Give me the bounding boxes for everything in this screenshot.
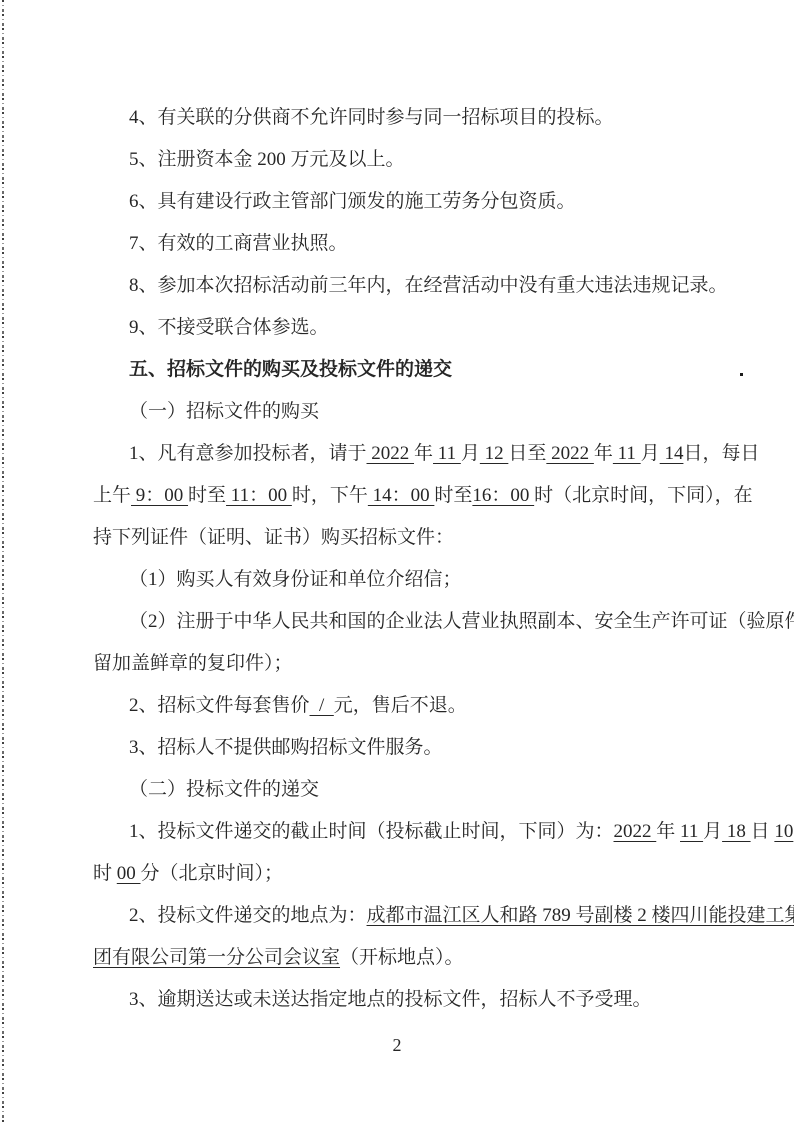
text-segment: 五、招标文件的购买及投标文件的递交 bbox=[129, 359, 452, 380]
purchase-para-2: 2、招标文件每套售价 / 元，售后不退。 bbox=[93, 685, 704, 727]
text-segment: 时，下午 bbox=[292, 485, 368, 506]
underlined-text: 16：00 bbox=[472, 485, 534, 506]
text-segment: 1、投标文件递交的截止时间（投标截止时间，下同）为： bbox=[129, 821, 614, 842]
submission-para-3: 3、逾期送达或未送达指定地点的投标文件，招标人不予受理。 bbox=[93, 979, 704, 1021]
purchase-para-1-line-2: 上午 9：00 时至 11：00 时，下午 14：00 时至16：00 时（北京… bbox=[93, 475, 704, 517]
text-segment: 时至 bbox=[188, 485, 226, 506]
purchase-doc-item-2-line-1: （2）注册于中华人民共和国的企业法人营业执照副本、安全生产许可证（验原件， bbox=[93, 601, 704, 643]
underlined-text: 14 bbox=[660, 443, 684, 464]
underlined-text: 10 bbox=[774, 821, 793, 842]
page-number: 2 bbox=[0, 1032, 794, 1058]
text-segment: （开标地点）。 bbox=[340, 947, 464, 968]
text-segment: 8、参加本次招标活动前三年内，在经营活动中没有重大违法违规记录。 bbox=[129, 275, 728, 296]
text-segment: 时（北京时间，下同），在 bbox=[534, 485, 753, 506]
purchase-para-1-line-3: 持下列证件（证明、证书）购买招标文件： bbox=[93, 517, 704, 559]
underlined-text: 14：00 bbox=[368, 485, 435, 506]
text-segment: 留加盖鲜章的复印件）； bbox=[93, 653, 293, 674]
underlined-text: 11：00 bbox=[226, 485, 292, 506]
subsection-1-heading: （一）招标文件的购买 bbox=[93, 391, 704, 433]
purchase-doc-item-1: （1）购买人有效身份证和单位介绍信； bbox=[93, 559, 704, 601]
text-segment: （1）购买人有效身份证和单位介绍信； bbox=[129, 569, 462, 590]
document-page: 4、有关联的分供商不允许同时参与同一招标项目的投标。5、注册资本金 200 万元… bbox=[0, 0, 794, 1123]
underlined-text: / bbox=[310, 695, 334, 716]
text-segment: 2、投标文件递交的地点为： bbox=[129, 905, 367, 926]
underlined-text: 2022 bbox=[614, 821, 657, 842]
underlined-text: 18 bbox=[722, 821, 751, 842]
submission-para-1-line-2: 时 00 分（北京时间）； bbox=[93, 853, 704, 895]
text-segment: 月 bbox=[641, 443, 660, 464]
text-segment: 3、招标人不提供邮购招标文件服务。 bbox=[129, 737, 443, 758]
text-segment: 年 bbox=[656, 821, 680, 842]
text-segment: 元，售后不退。 bbox=[334, 695, 467, 716]
submission-para-1-line-1: 1、投标文件递交的截止时间（投标截止时间，下同）为：2022 年 11 月 18… bbox=[93, 811, 704, 853]
underlined-text: 11 bbox=[613, 443, 641, 464]
purchase-para-1-line-1: 1、凡有意参加投标者，请于 2022 年 11 月 12 日至 2022 年 1… bbox=[93, 433, 704, 475]
text-segment: 9、不接受联合体参选。 bbox=[129, 317, 329, 338]
underlined-text: 11 bbox=[680, 821, 703, 842]
qualification-item-4: 4、有关联的分供商不允许同时参与同一招标项目的投标。 bbox=[93, 97, 704, 139]
underlined-text: 11 bbox=[433, 443, 461, 464]
text-segment: 7、有效的工商营业执照。 bbox=[129, 233, 348, 254]
underlined-text: 成都市温江区人和路 789 号副楼 2 楼四川能投建工集 bbox=[367, 905, 794, 926]
underlined-text: 9：00 bbox=[131, 485, 188, 506]
text-segment: 3、逾期送达或未送达指定地点的投标文件，招标人不予受理。 bbox=[129, 989, 652, 1010]
purchase-doc-item-2-line-2: 留加盖鲜章的复印件）； bbox=[93, 643, 704, 685]
text-segment: 持下列证件（证明、证书）购买招标文件： bbox=[93, 527, 454, 548]
text-segment: 时至 bbox=[434, 485, 472, 506]
qualification-item-6: 6、具有建设行政主管部门颁发的施工劳务分包资质。 bbox=[93, 181, 704, 223]
qualification-item-7: 7、有效的工商营业执照。 bbox=[93, 223, 704, 265]
document-body: 4、有关联的分供商不允许同时参与同一招标项目的投标。5、注册资本金 200 万元… bbox=[93, 97, 704, 1021]
submission-para-2-line-1: 2、投标文件递交的地点为：成都市温江区人和路 789 号副楼 2 楼四川能投建工… bbox=[93, 895, 704, 937]
section-5-heading: 五、招标文件的购买及投标文件的递交 bbox=[93, 349, 704, 391]
text-segment: 2、招标文件每套售价 bbox=[129, 695, 310, 716]
text-segment: 6、具有建设行政主管部门颁发的施工劳务分包资质。 bbox=[129, 191, 576, 212]
text-segment: 上午 bbox=[93, 485, 131, 506]
text-segment: 日至 bbox=[508, 443, 546, 464]
subsection-2-heading: （二）投标文件的递交 bbox=[93, 769, 704, 811]
text-segment: 年 bbox=[414, 443, 433, 464]
scan-artifact-left-edge bbox=[2, 0, 4, 1123]
ink-speck-artifact bbox=[740, 373, 743, 376]
submission-para-2-line-2: 团有限公司第一分公司会议室（开标地点）。 bbox=[93, 937, 704, 979]
underlined-text: 12 bbox=[480, 443, 509, 464]
underlined-text: 2022 bbox=[546, 443, 594, 464]
qualification-item-5: 5、注册资本金 200 万元及以上。 bbox=[93, 139, 704, 181]
text-segment: 5、注册资本金 200 万元及以上。 bbox=[129, 149, 405, 170]
purchase-para-3: 3、招标人不提供邮购招标文件服务。 bbox=[93, 727, 704, 769]
text-segment: （一）招标文件的购买 bbox=[129, 401, 319, 422]
text-segment: 4、有关联的分供商不允许同时参与同一招标项目的投标。 bbox=[129, 107, 614, 128]
qualification-item-8: 8、参加本次招标活动前三年内，在经营活动中没有重大违法违规记录。 bbox=[93, 265, 704, 307]
text-segment: 月 bbox=[461, 443, 480, 464]
text-segment: 时 bbox=[93, 863, 117, 884]
underlined-text: 00 bbox=[117, 863, 141, 884]
text-segment: 日，每日 bbox=[683, 443, 759, 464]
text-segment: 月 bbox=[703, 821, 722, 842]
underlined-text: 2022 bbox=[367, 443, 415, 464]
text-segment: 年 bbox=[594, 443, 613, 464]
text-segment: （2）注册于中华人民共和国的企业法人营业执照副本、安全生产许可证（验原件， bbox=[129, 611, 794, 632]
qualification-item-9: 9、不接受联合体参选。 bbox=[93, 307, 704, 349]
text-segment: 1、凡有意参加投标者，请于 bbox=[129, 443, 367, 464]
text-segment: 分（北京时间）； bbox=[141, 863, 284, 884]
text-segment: （二）投标文件的递交 bbox=[129, 779, 319, 800]
underlined-text: 团有限公司第一分公司会议室 bbox=[93, 947, 340, 968]
text-segment: 日 bbox=[751, 821, 775, 842]
